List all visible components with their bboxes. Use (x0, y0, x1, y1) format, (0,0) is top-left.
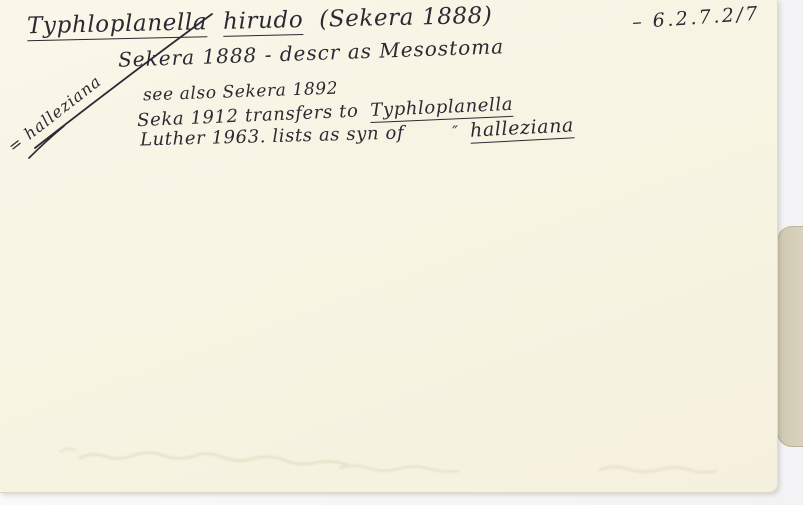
synonym-species-text: halleziana (469, 114, 574, 143)
author-citation: (Sekera 1888) (319, 3, 493, 33)
background-card (777, 226, 803, 447)
catalog-code: – 6.2.7.2/7 (631, 3, 760, 34)
synonym-annotation: = halleziana (4, 71, 105, 156)
species-epithet: hirudo (223, 7, 304, 37)
genus-name: Typhloplanella (27, 9, 208, 41)
index-card: Typhloplanellahirudo(Sekera 1888) – 6.2.… (0, 0, 778, 493)
scan-background: Typhloplanellahirudo(Sekera 1888) – 6.2.… (0, 0, 803, 505)
reference-note-1: see also Sekera 1892 (143, 79, 339, 106)
ditto-mark: ″ (452, 122, 459, 141)
show-through-text (0, 0, 803, 505)
species-title: Typhloplanellahirudo(Sekera 1888) (27, 3, 493, 40)
synonym-species: halleziana (469, 114, 574, 141)
description-note: Sekera 1888 - descr as Mesostoma (118, 34, 505, 71)
